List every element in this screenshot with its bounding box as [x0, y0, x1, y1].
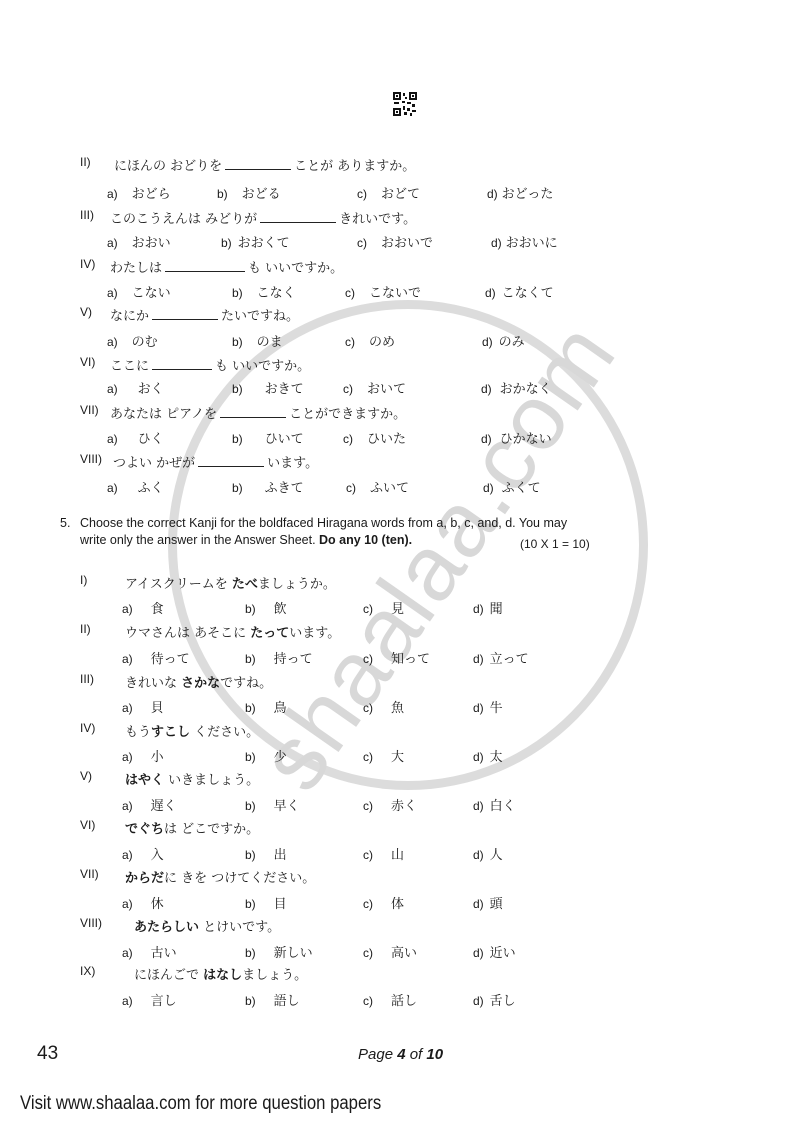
answer-blank — [220, 407, 286, 418]
answer-blank — [225, 159, 291, 170]
option-c: c)大 — [363, 746, 404, 765]
option-a: a)休 — [122, 893, 164, 912]
option-c: c)山 — [363, 844, 404, 863]
option-a: a)おどら — [107, 183, 171, 202]
qr-code-icon — [393, 92, 417, 116]
option-d: d)舌し — [473, 990, 516, 1009]
option-b: b)飲 — [245, 598, 287, 617]
option-c: c)見 — [363, 598, 404, 617]
option-c: c)話し — [363, 990, 417, 1009]
boldfaced-hiragana: すこし — [151, 725, 190, 740]
option-d: d)太 — [473, 746, 503, 765]
page-number: Page 4 of 10 — [358, 1046, 443, 1063]
option-c: c)おどて — [357, 183, 420, 202]
option-a: a)言し — [122, 990, 177, 1009]
paper-code: 43 — [37, 1043, 58, 1065]
option-c: c)赤く — [363, 795, 417, 814]
marks-allocation: (10 X 1 = 10) — [520, 537, 590, 551]
option-a: a)食 — [122, 598, 164, 617]
option-b: b)早く — [245, 795, 300, 814]
option-d: d)聞 — [473, 598, 503, 617]
answer-blank — [152, 359, 212, 370]
exam-page: shaalaa.com II) にほんの おどりをことが ありますか。 a)おど… — [0, 0, 800, 1131]
answer-blank — [198, 456, 264, 467]
option-b: b)語し — [245, 990, 300, 1009]
option-b: b)鳥 — [245, 697, 287, 716]
option-a: a)入 — [122, 844, 164, 863]
boldfaced-hiragana: たって — [250, 626, 289, 641]
option-a: a)待って — [122, 648, 190, 667]
option-a: a)貝 — [122, 697, 164, 716]
option-a: a)遅く — [122, 795, 177, 814]
option-b: b)おどる — [217, 183, 281, 202]
option-b: b)少 — [245, 746, 287, 765]
option-d: d)近い — [473, 942, 516, 961]
boldfaced-hiragana: さかな — [181, 676, 220, 691]
option-a: a)小 — [122, 746, 164, 765]
boldfaced-hiragana: はやく — [125, 773, 164, 788]
option-d: d)おどった — [487, 183, 553, 202]
option-d: d)立って — [473, 648, 529, 667]
option-d: d)白く — [473, 795, 516, 814]
option-d: d)人 — [473, 844, 503, 863]
option-c: c)知って — [363, 648, 430, 667]
boldfaced-hiragana: たべ — [232, 577, 258, 592]
option-c: c)魚 — [363, 697, 404, 716]
answer-blank — [260, 212, 336, 223]
answer-blank — [165, 261, 245, 272]
option-c: c)高い — [363, 942, 417, 961]
option-b: b)出 — [245, 844, 287, 863]
boldfaced-hiragana: あたらしい — [134, 920, 199, 935]
option-b: b)持って — [245, 648, 313, 667]
option-d: d)頭 — [473, 893, 503, 912]
option-a: a)古い — [122, 942, 177, 961]
option-b: b)目 — [245, 893, 287, 912]
boldfaced-hiragana: でぐち — [125, 822, 164, 837]
option-d: d)牛 — [473, 697, 503, 716]
answer-blank — [152, 309, 218, 320]
option-b: b)新しい — [245, 942, 313, 961]
boldfaced-hiragana: はなし — [203, 968, 242, 983]
boldfaced-hiragana: からだ — [125, 871, 164, 886]
option-c: c)体 — [363, 893, 404, 912]
visit-shaalaa-link[interactable]: Visit www.shaalaa.com for more question … — [20, 1093, 381, 1115]
